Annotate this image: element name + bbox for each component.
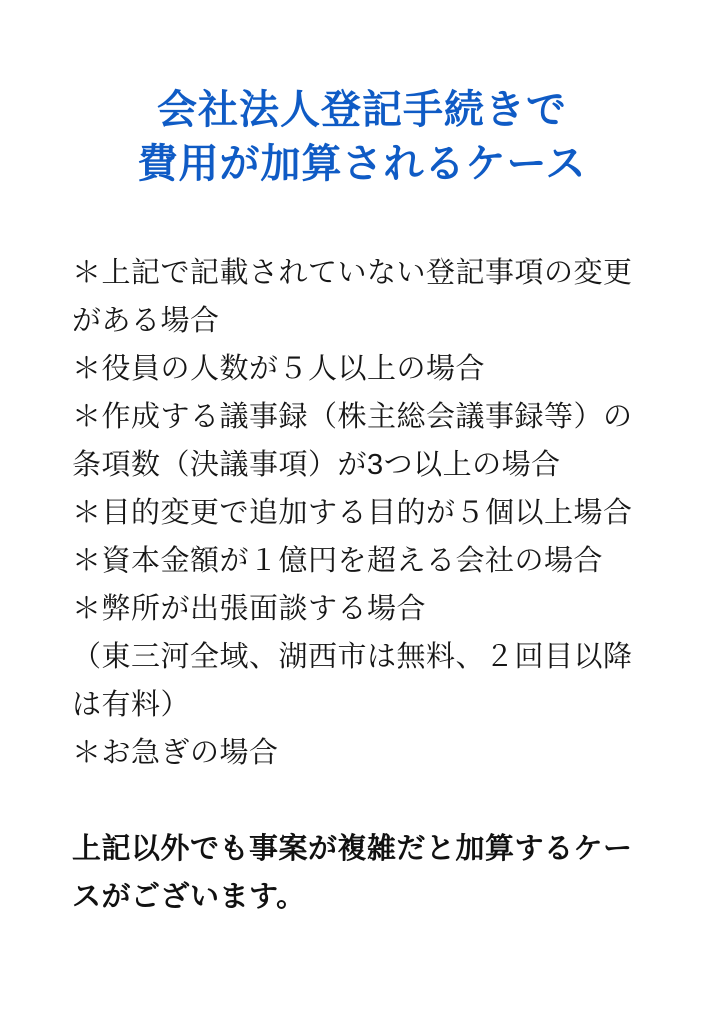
bullet-line: は有料） — [72, 681, 684, 729]
page-title: 会社法人登記手続きで 費用が加算されるケース — [0, 27, 724, 191]
bullet-line: ＊上記で記載されていない登記事項の変更 — [72, 249, 684, 297]
bullet-line: 条項数（決議事項）が3つ以上の場合 — [72, 441, 684, 489]
bullet-line: （東三河全域、湖西市は無料、２回目以降 — [72, 633, 684, 681]
bullet-line: ＊目的変更で追加する目的が５個以上場合 — [72, 489, 684, 537]
closing-note: 上記以外でも事案が複雑だと加算するケースがございます。 — [72, 825, 684, 921]
bullet-list: ＊上記で記載されていない登記事項の変更がある場合＊役員の人数が５人以上の場合＊作… — [72, 249, 684, 777]
page-title-line-2: 費用が加算されるケース — [0, 137, 724, 191]
bullet-line: ＊作成する議事録（株主総会議事録等）の — [72, 393, 684, 441]
document-page: 会社法人登記手続きで 費用が加算されるケース ＊上記で記載されていない登記事項の… — [0, 0, 724, 1024]
bullet-line: ＊弊所が出張面談する場合 — [72, 585, 684, 633]
page-title-line-1: 会社法人登記手続きで — [0, 83, 724, 137]
bullet-line: ＊お急ぎの場合 — [72, 729, 684, 777]
bullet-line: ＊資本金額が１億円を超える会社の場合 — [72, 537, 684, 585]
bullet-line: ＊役員の人数が５人以上の場合 — [72, 345, 684, 393]
closing-note-line: 上記以外でも事案が複雑だと加算するケー — [72, 825, 684, 873]
closing-note-line: スがございます。 — [72, 873, 684, 921]
bullet-line: がある場合 — [72, 297, 684, 345]
